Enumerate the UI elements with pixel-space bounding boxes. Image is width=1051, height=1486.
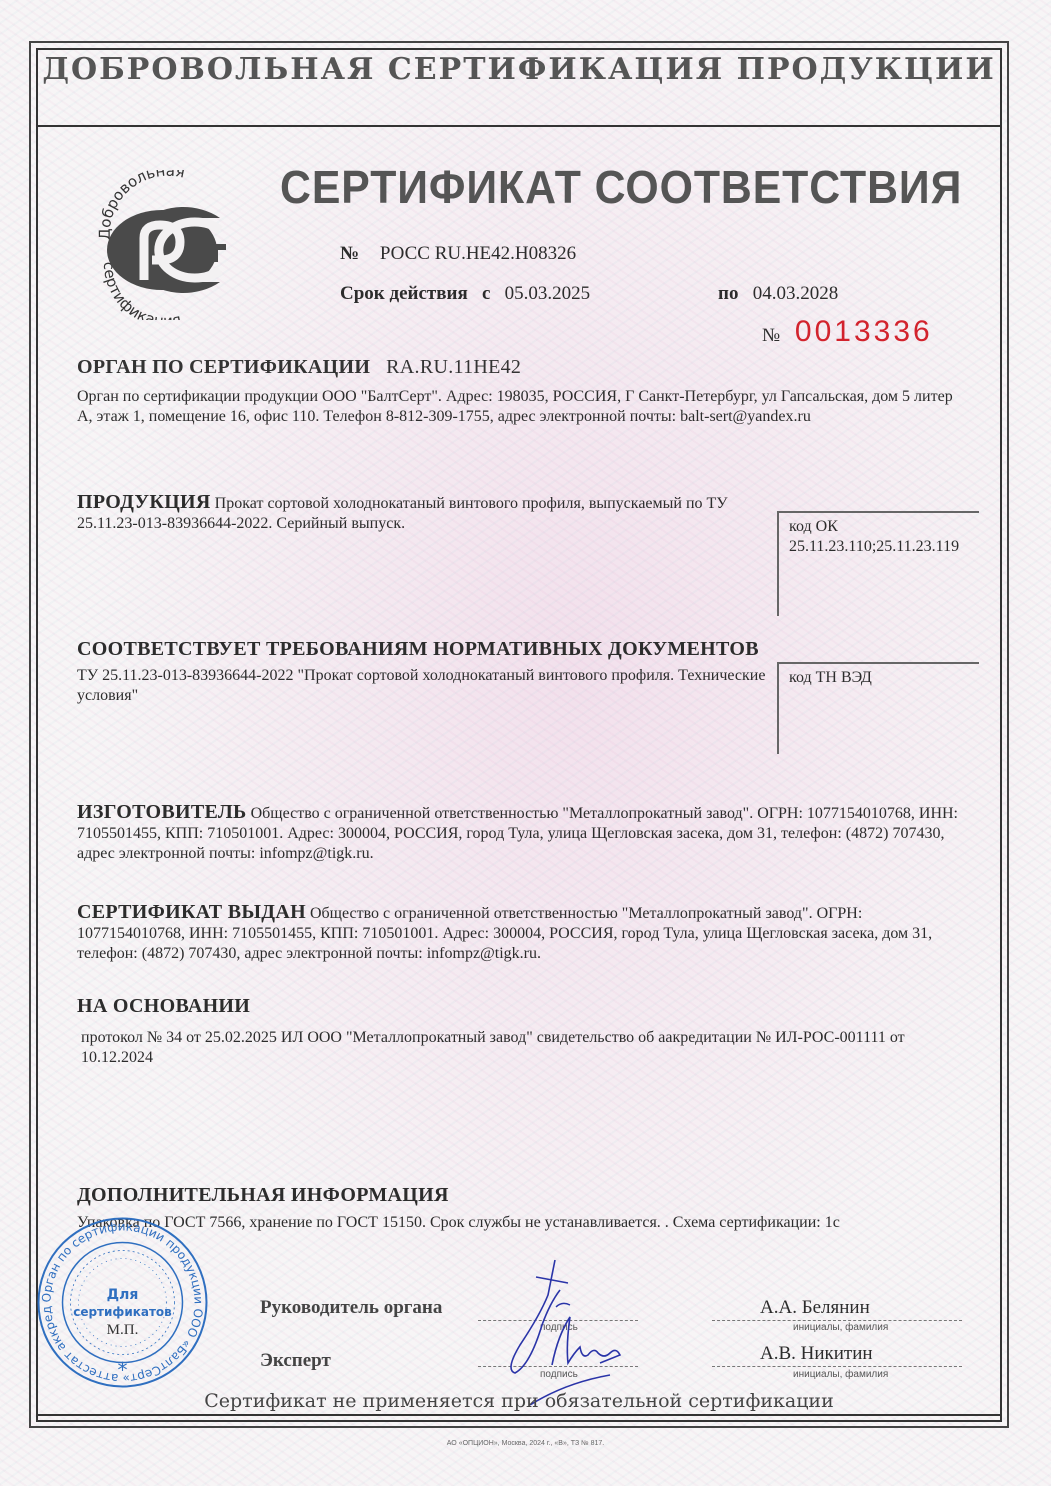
certification-body-section: ОРГАН ПО СЕРТИФИКАЦИИ RA.RU.11НЕ42 Орган… [77,356,967,427]
certification-body-code: RA.RU.11НЕ42 [386,356,521,378]
expert-name-caption: инициалы, фамилия [793,1369,888,1380]
top-title: ДОБРОВОЛЬНАЯ СЕРТИФИКАЦИЯ ПРОДУКЦИИ [36,52,1002,87]
expert-name: А.В. Никитин [760,1343,873,1365]
blank-number-row: № 0013336 [762,315,933,349]
product-heading: ПРОДУКЦИЯ [77,491,211,513]
valid-to: 04.03.2028 [753,283,839,304]
validity-label: Срок действия [340,283,468,304]
number-sign: № [340,243,359,264]
additional-text: Упаковка по ГОСТ 7566, хранение по ГОСТ … [77,1213,967,1233]
rst-voluntary-certification-logo-icon: Добровольная сертификация [92,170,242,320]
svg-text:Для: Для [107,1287,139,1303]
header-divider [36,125,1002,127]
certification-body-heading: ОРГАН ПО СЕРТИФИКАЦИИ [77,356,370,378]
head-of-body-label: Руководитель органа [260,1297,442,1319]
head-name: А.А. Белянин [760,1297,870,1319]
svg-text:сертификатов: сертификатов [73,1305,172,1319]
certificate-number: РОСС RU.НЕ42.Н08326 [380,243,576,264]
issued-to-heading: СЕРТИФИКАТ ВЫДАН [77,901,306,923]
expert-name-line [712,1366,962,1367]
ok-code-label: код ОК [789,517,969,537]
basis-text: протокол № 34 от 25.02.2025 ИЛ ООО "Мета… [77,1028,967,1068]
conformity-text: ТУ 25.11.23-013-83936644-2022 "Прокат со… [77,666,767,706]
head-name-caption: инициалы, фамилия [793,1322,888,1333]
blank-number: 0013336 [795,315,933,348]
certificate-title: СЕРТИФИКАТ СООТВЕТСТВИЯ [280,160,962,214]
svg-text:*: * [118,1358,128,1382]
conformity-section: СООТВЕТСТВУЕТ ТРЕБОВАНИЯМ НОРМАТИВНЫХ ДО… [77,638,967,661]
valid-from: 05.03.2025 [505,283,591,304]
voluntary-notice: Сертификат не применяется при обязательн… [36,1390,1002,1412]
printer-imprint: АО «ОПЦИОН», Москва, 2024 г., «В», ТЗ № … [0,1440,1051,1447]
head-name-line [712,1320,962,1321]
validity-row: Срок действия с 05.03.2025 по 04.03.2028 [340,283,960,305]
ok-code-value: 25.11.23.110;25.11.23.119 [789,537,964,557]
basis-heading: НА ОСНОВАНИИ [77,995,967,1018]
tnved-code-label: код ТН ВЭД [789,668,969,688]
product-section: ПРОДУКЦИЯ Прокат сортовой холоднокатаный… [77,492,767,534]
to-label: по [718,283,738,304]
certification-body-text: Орган по сертификации продукции ООО "Бал… [77,387,967,427]
tnved-code-box: код ТН ВЭД [777,662,979,754]
manufacturer-section: ИЗГОТОВИТЕЛЬ Общество с ограниченной отв… [77,802,967,864]
svg-text:М.П.: М.П. [107,1322,139,1338]
certification-body-stamp-icon: Орган по сертификации продукции ООО «Бал… [35,1215,210,1390]
issued-to-section: СЕРТИФИКАТ ВЫДАН Общество с ограниченной… [77,902,967,964]
ok-code-box: код ОК 25.11.23.110;25.11.23.119 [777,511,979,616]
additional-heading: ДОПОЛНИТЕЛЬНАЯ ИНФОРМАЦИЯ [77,1184,967,1207]
certificate-number-row: № РОСС RU.НЕ42.Н08326 [340,243,576,265]
basis-section: НА ОСНОВАНИИ протокол № 34 от 25.02.2025… [77,995,967,1068]
conformity-heading: СООТВЕТСТВУЕТ ТРЕБОВАНИЯМ НОРМАТИВНЫХ ДО… [77,638,967,661]
additional-section: ДОПОЛНИТЕЛЬНАЯ ИНФОРМАЦИЯ Упаковка по ГО… [77,1184,967,1233]
expert-label: Эксперт [260,1350,331,1372]
from-label: с [482,283,490,304]
manufacturer-heading: ИЗГОТОВИТЕЛЬ [77,801,247,823]
blank-number-sign: № [762,325,780,346]
